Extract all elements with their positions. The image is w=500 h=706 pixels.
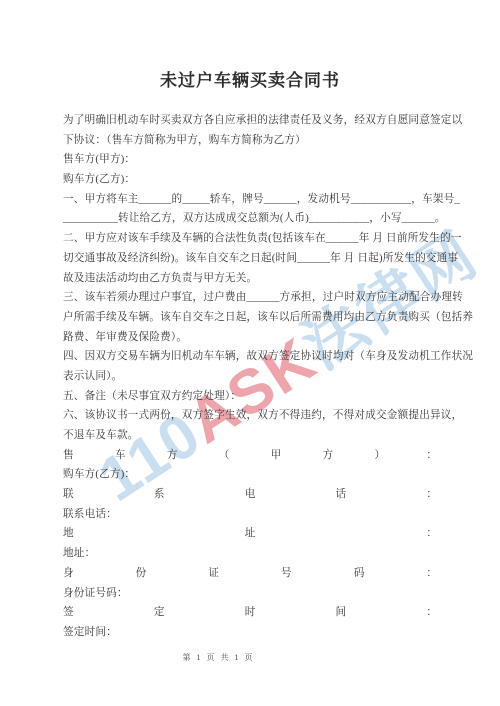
contract-line: 下协议：（售车方简称为甲方，购车方简称为乙方）: [63, 131, 437, 151]
clause-1-line: __________转让给乙方，双方达成成交总额为(人币)___________…: [63, 209, 437, 229]
address-line: 地址：: [63, 544, 437, 564]
id-number-line: 身份证号码：: [63, 584, 437, 604]
contract-line: 为了明确旧机动车时买卖双方各自应承担的法律责任及义务，经双方自愿同意签定以: [63, 111, 437, 131]
clause-3-line: 户所需手续及车辆。该车自交车之日起，该车以后所需费用均由乙方负责购买（包括养: [63, 308, 437, 328]
contract-body: 为了明确旧机动车时买卖双方各自应承担的法律责任及义务，经双方自愿同意签定以 下协…: [63, 111, 437, 643]
buyer-signature-line: 购车方(乙方)：: [63, 465, 437, 485]
clause-6-line: 不退车及车款。: [63, 426, 437, 446]
id-number-line: 身份证号码：: [63, 564, 437, 584]
clause-6-line: 六、该协议书一式两份，双方签字生效，双方不得违约，不得对成交金额提出异议，: [63, 406, 437, 426]
buyer-label-line: 购车方(乙方)：: [63, 170, 437, 190]
seller-signature-line: 售车方（甲方）：: [63, 446, 437, 466]
clause-1-line: 一、甲方将车主______的_____轿车，牌号______，发动机号_____…: [63, 190, 437, 210]
page-number-footer: 第 1 页 共 1 页: [0, 652, 437, 663]
address-line: 地址：: [63, 524, 437, 544]
clause-4-line: 四、因双方交易车辆为旧机动车车辆，故双方签定协议时均对（车身及发动机工作状况: [63, 347, 437, 367]
contract-document-page: 110ASK法律网 未过户车辆买卖合同书 为了明确旧机动车时买卖双方各自应承担的…: [0, 0, 500, 706]
phone-line: 联系电话：: [63, 505, 437, 525]
sign-date-line: 签定时间：: [63, 603, 437, 623]
contract-title: 未过户车辆买卖合同书: [0, 66, 500, 91]
seller-label-line: 售车方(甲方)：: [63, 150, 437, 170]
clause-3-line: 路费、年审费及保险费）。: [63, 328, 437, 348]
phone-line: 联系电话：: [63, 485, 437, 505]
clause-2-line: 切交通事故及经济纠纷)。该车自交车之日起(时间______年 月 日起)所发生的…: [63, 249, 437, 269]
clause-3-line: 三、该车若须办理过户事宜，过户费由______方承担，过户时双方应主动配合办理转: [63, 288, 437, 308]
sign-date-line: 签定时间：: [63, 623, 437, 643]
clause-2-line: 二、甲方应对该车手续及车辆的合法性负责(包括该车在______年 月 日前所发生…: [63, 229, 437, 249]
clause-4-line: 表示认同）。: [63, 367, 437, 387]
clause-5-line: 五、备注（未尽事宜双方约定处理）：: [63, 387, 437, 407]
clause-2-line: 故及违法活动均由乙方负责与甲方无关。: [63, 269, 437, 289]
